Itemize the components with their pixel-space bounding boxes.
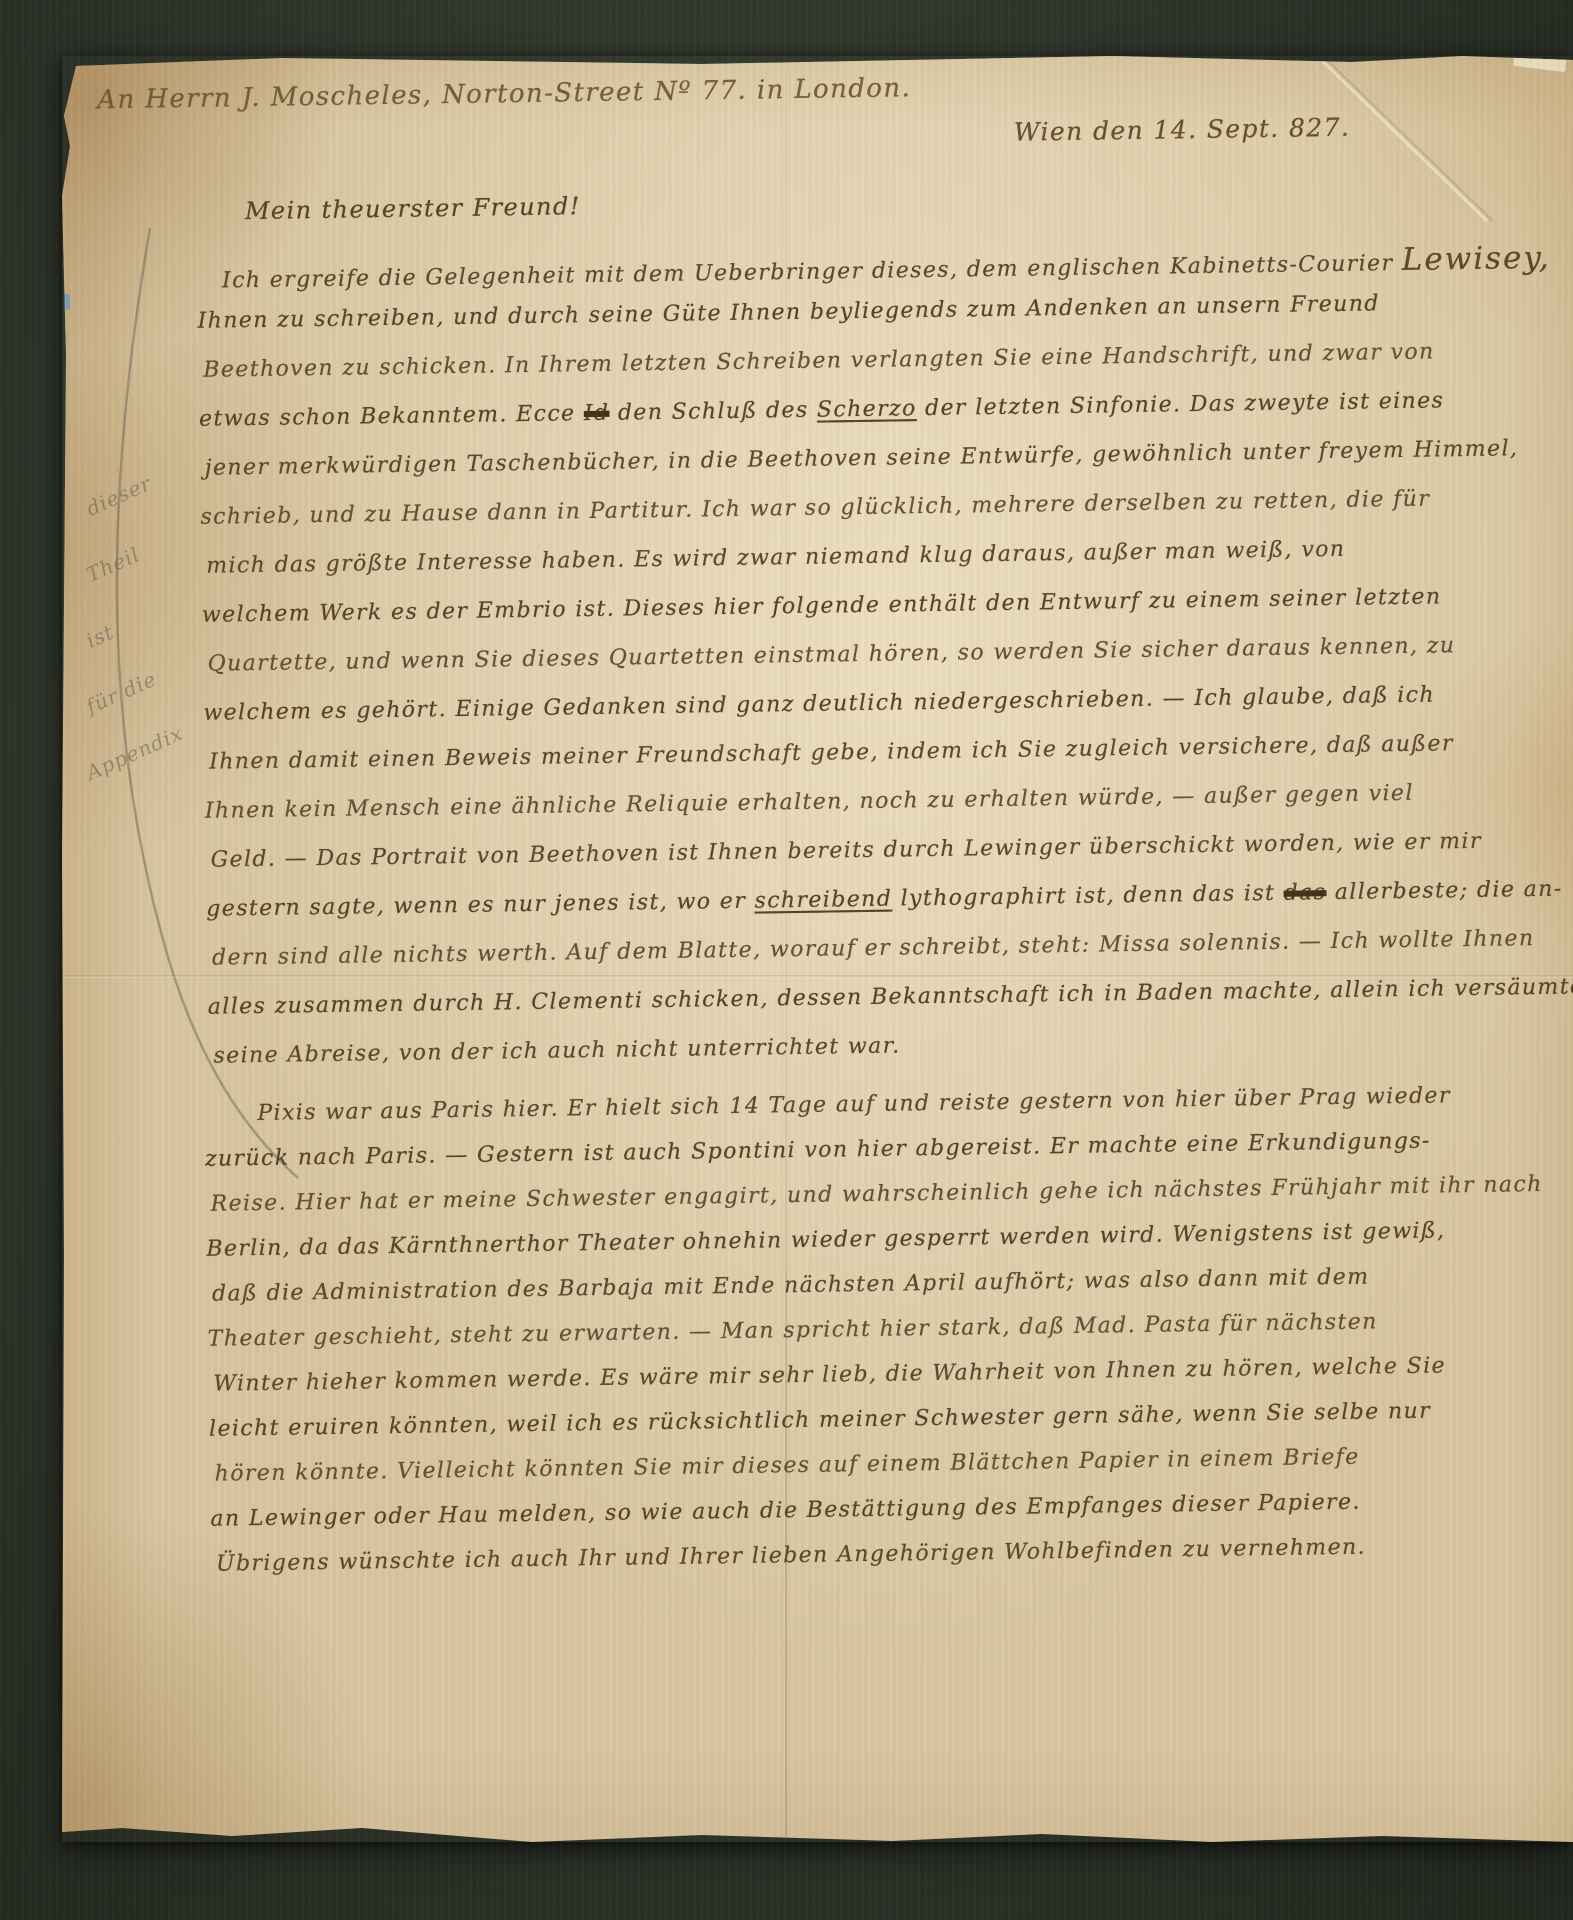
address-line: An Herrn J. Moscheles, Norton-Street Nº …	[97, 73, 911, 115]
letter-body-paragraph-1: Ich ergreife die Gelegenheit mit dem Ueb…	[197, 239, 1573, 1092]
photograph-background-mat: dieserTheilistfür dieAppendix An Herrn J…	[0, 0, 1573, 1920]
ink-layer: An Herrn J. Moscheles, Norton-Street Nº …	[61, 35, 1573, 1843]
dateline: Wien den 14. Sept. 827.	[1014, 113, 1351, 147]
salutation: Mein theuerster Freund!	[245, 192, 581, 225]
letter-page: dieserTheilistfür dieAppendix An Herrn J…	[62, 56, 1573, 1842]
letter-body-paragraph-2: Pixis war aus Paris hier. Er hielt sich …	[204, 1082, 1548, 1597]
